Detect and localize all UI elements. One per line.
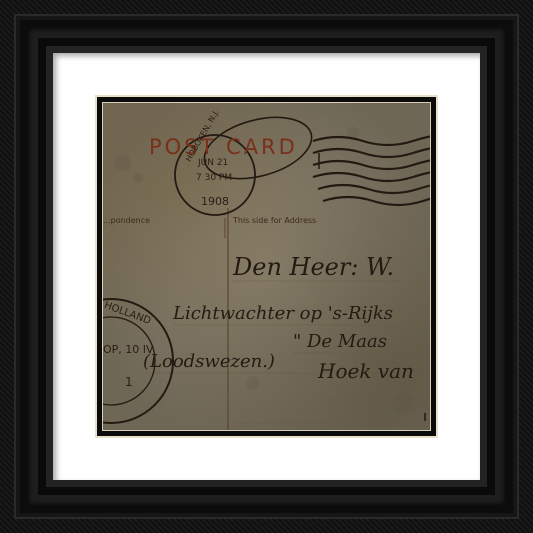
- handwriting-line: Hoek van: [318, 359, 414, 383]
- postmark-time: 7 30 PM: [196, 173, 232, 183]
- address-label: This side for Address: [233, 216, 316, 225]
- postcard-artwork: POST CARD ...pondence This side for Addr…: [103, 103, 430, 430]
- handwriting-line: " De Maas: [293, 331, 387, 352]
- correspondence-label: ...pondence: [103, 216, 150, 225]
- handwriting-line: Den Heer: W.: [233, 253, 394, 281]
- postmark-date: JUN 21: [198, 158, 228, 168]
- handwriting-line: (Loodswezen.): [143, 351, 275, 372]
- holland-postmark-mark: 1: [125, 375, 133, 389]
- postmark-year: 1908: [201, 195, 229, 208]
- postcard-heading: POST CARD: [149, 135, 298, 159]
- handwriting-line: Lichtwachter op 's-Rijks: [173, 303, 393, 324]
